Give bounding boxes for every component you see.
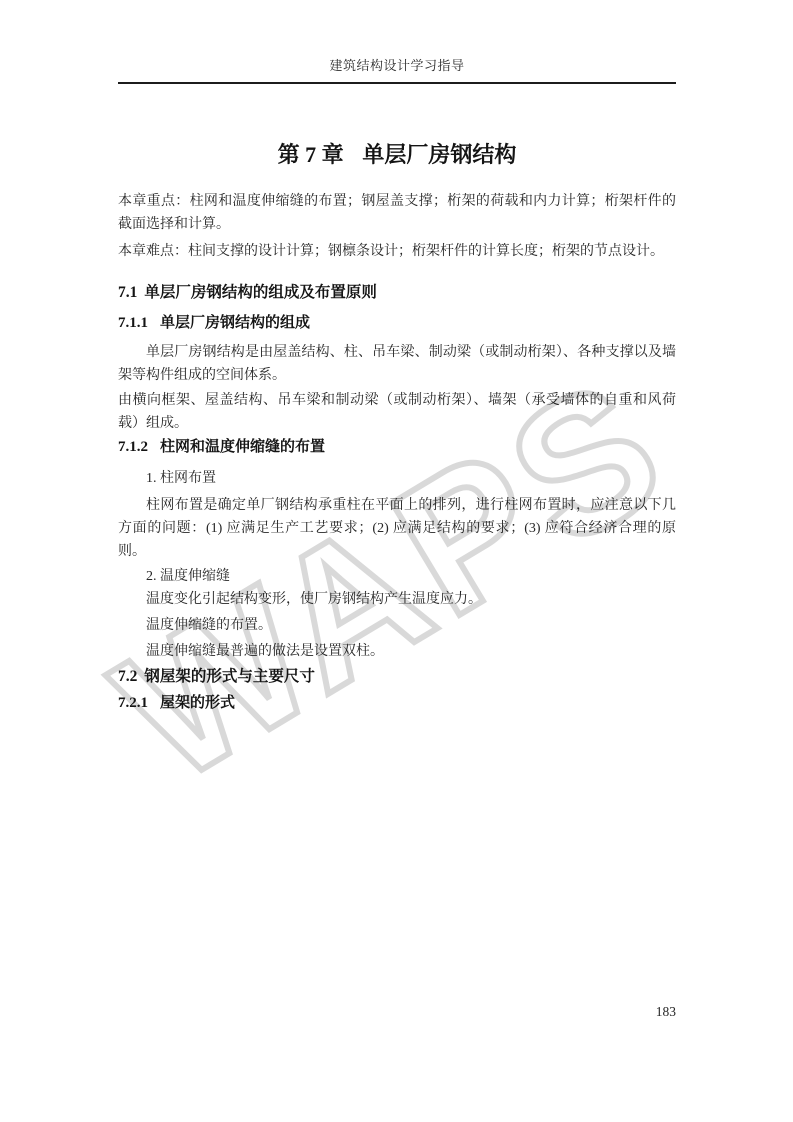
page-content: 第 7 章单层厂房钢结构 本章重点：柱网和温度伸缩缝的布置；钢屋盖支撑；桁架的荷… — [118, 142, 676, 713]
paragraph-7-1-1-composition: 单层厂房钢结构是由屋盖结构、柱、吊车梁、制动梁（或制动桁架）、各种支撑以及墙架等… — [118, 341, 676, 387]
paragraph-temperature-deformation: 温度变化引起结构变形，使厂房钢结构产生温度应力。 — [118, 588, 676, 611]
section-title: 柱网和温度伸缩缝的布置 — [160, 439, 325, 455]
chapter-name: 单层厂房钢结构 — [362, 142, 516, 167]
paragraph-column-grid-layout: 柱网布置是确定单厂钢结构承重柱在平面上的排列，进行柱网布置时，应注意以下几方面的… — [118, 494, 676, 563]
section-title: 单层厂房钢结构的组成 — [160, 315, 310, 331]
section-heading-7-1: 7.1单层厂房钢结构的组成及布置原则 — [118, 283, 676, 303]
section-number: 7.1.2 — [118, 439, 148, 455]
list-item-expansion-joint: 2. 温度伸缩缝 — [118, 565, 676, 588]
section-heading-7-1-1: 7.1.1单层厂房钢结构的组成 — [118, 313, 676, 333]
chapter-difficulties: 本章难点：柱间支撑的设计计算；钢檩条设计；桁架杆件的计算长度；桁架的节点设计。 — [118, 240, 676, 263]
running-head: 建筑结构设计学习指导 — [118, 0, 676, 84]
section-title: 钢屋架的形式与主要尺寸 — [144, 668, 315, 685]
section-title: 屋架的形式 — [160, 695, 235, 711]
section-heading-7-2-1: 7.2.1屋架的形式 — [118, 693, 676, 713]
section-number: 7.2 — [118, 668, 137, 685]
section-number: 7.2.1 — [118, 695, 148, 711]
paragraph-double-column-practice: 温度伸缩缝最普遍的做法是设置双柱。 — [118, 640, 676, 663]
section-heading-7-1-2: 7.1.2柱网和温度伸缩缝的布置 — [118, 437, 676, 457]
section-number: 7.1.1 — [118, 315, 148, 331]
running-head-title: 建筑结构设计学习指导 — [118, 57, 676, 74]
chapter-title: 第 7 章单层厂房钢结构 — [118, 142, 676, 168]
list-item-column-grid: 1. 柱网布置 — [118, 467, 676, 490]
document-page: WAPS 建筑结构设计学习指导 第 7 章单层厂房钢结构 本章重点：柱网和温度伸… — [0, 0, 793, 1122]
section-number: 7.1 — [118, 284, 137, 301]
section-heading-7-2: 7.2钢屋架的形式与主要尺寸 — [118, 667, 676, 687]
chapter-number: 第 7 章 — [278, 142, 344, 167]
section-title: 单层厂房钢结构的组成及布置原则 — [144, 284, 377, 301]
paragraph-expansion-joint-layout: 温度伸缩缝的布置。 — [118, 614, 676, 637]
paragraph-7-1-1-frames: 由横向框架、屋盖结构、吊车梁和制动梁（或制动桁架）、墙架（承受墙体的自重和风荷载… — [118, 389, 676, 435]
page-number: 183 — [656, 1004, 676, 1020]
chapter-key-points: 本章重点：柱网和温度伸缩缝的布置；钢屋盖支撑；桁架的荷载和内力计算；桁架杆件的截… — [118, 190, 676, 236]
